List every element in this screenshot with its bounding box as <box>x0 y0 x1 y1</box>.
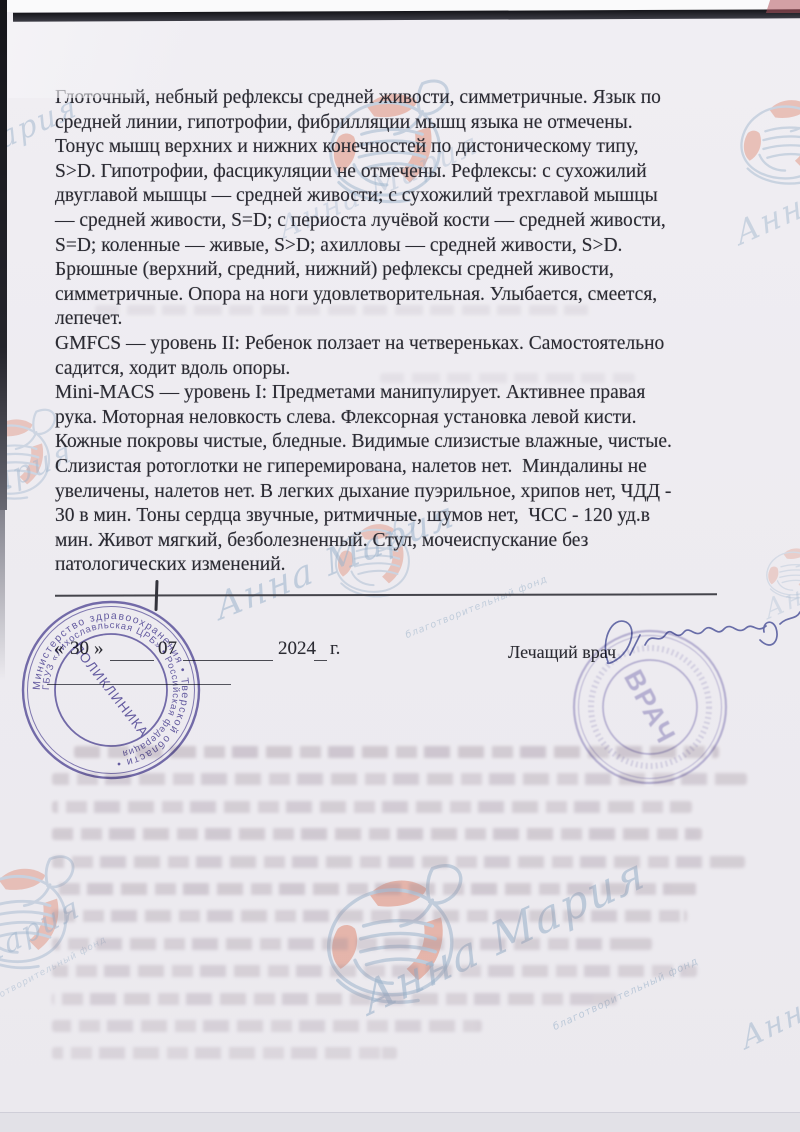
scan-edge-bottom <box>0 1112 800 1132</box>
text-line: 30 в мин. Тоны сердца звучные, ритмичные… <box>55 504 731 529</box>
scan-edge-left-fade <box>0 510 5 680</box>
scan-corner-smudge <box>766 0 800 13</box>
paper-fold-highlight <box>8 20 268 98</box>
text-line: — средней живости, S=D; с периоста лучёв… <box>55 209 731 234</box>
text-line: Слизистая ротоглотки не гиперемирована, … <box>55 455 731 480</box>
bleedthrough-line <box>52 993 617 1005</box>
text-line: Mini-MACS — уровень I: Предметами манипу… <box>55 381 731 406</box>
date-year: 2024 <box>278 638 316 660</box>
date-year-suffix: г. <box>330 638 340 660</box>
charity-watermark-brand: Анн <box>731 187 800 253</box>
scanned-medical-document: Мария Анна Мария Анн Мария Анна Мария бл… <box>0 0 800 1132</box>
text-line: рука. Моторная неловкость слева. Флексор… <box>55 406 731 431</box>
text-line: S=D; коленные — живые, S>D; ахилловы — с… <box>55 234 731 259</box>
text-line: средней линии, гипотрофии, фибрилляции м… <box>55 111 731 136</box>
bleedthrough-line <box>52 801 692 813</box>
text-line: Кожные покровы чистые, бледные. Видимые … <box>55 430 731 455</box>
bleedthrough-line <box>52 1047 397 1059</box>
text-line: GMFCS — уровень II: Ребенок ползает на ч… <box>55 332 731 357</box>
clinic-stamp-center-text: ПОЛИКЛИНИКА <box>69 641 151 741</box>
bleedthrough-line <box>52 883 697 895</box>
doctor-signature <box>588 600 800 690</box>
text-line: S>D. Гипотрофии, фасцикуляции не отмечен… <box>55 160 731 185</box>
bleedthrough-line <box>52 828 702 840</box>
text-line: мин. Живот мягкий, безболезненный. Стул,… <box>55 529 731 554</box>
text-line: увеличены, налетов нет. В легких дыхание… <box>55 480 731 505</box>
bleedthrough-line <box>52 910 687 922</box>
bleedthrough-line <box>52 938 652 950</box>
charity-watermark-logo <box>730 86 800 204</box>
bleedthrough-line <box>52 1020 482 1032</box>
text-line: садится, ходит вдоль опоры. <box>55 357 731 382</box>
text-line: симметричные. Опора на ноги удовлетворит… <box>55 283 731 308</box>
text-line: двуглавой мышцы — средней живости; с сух… <box>55 184 731 209</box>
text-line: Тонус мышц верхних и нижних конечностей … <box>55 135 731 160</box>
bleedthrough-line <box>52 856 745 868</box>
charity-watermark-subtitle: благотворительный фонд <box>404 574 549 641</box>
text-line: патологических изменений. <box>55 553 731 578</box>
text-line: лепечет. <box>55 307 731 332</box>
scan-edge-left <box>0 0 7 510</box>
clinical-note-text: Глоточный, небный рефлексы средней живос… <box>55 86 731 578</box>
bleedthrough-line <box>52 965 697 977</box>
clinic-round-stamp: Министерство здравоохранения • Тверской … <box>16 595 206 785</box>
date-underline <box>314 660 327 661</box>
bleedthrough-text-block <box>52 746 752 1075</box>
text-line: Брюшные (верхний, средний, нижний) рефле… <box>55 258 731 283</box>
